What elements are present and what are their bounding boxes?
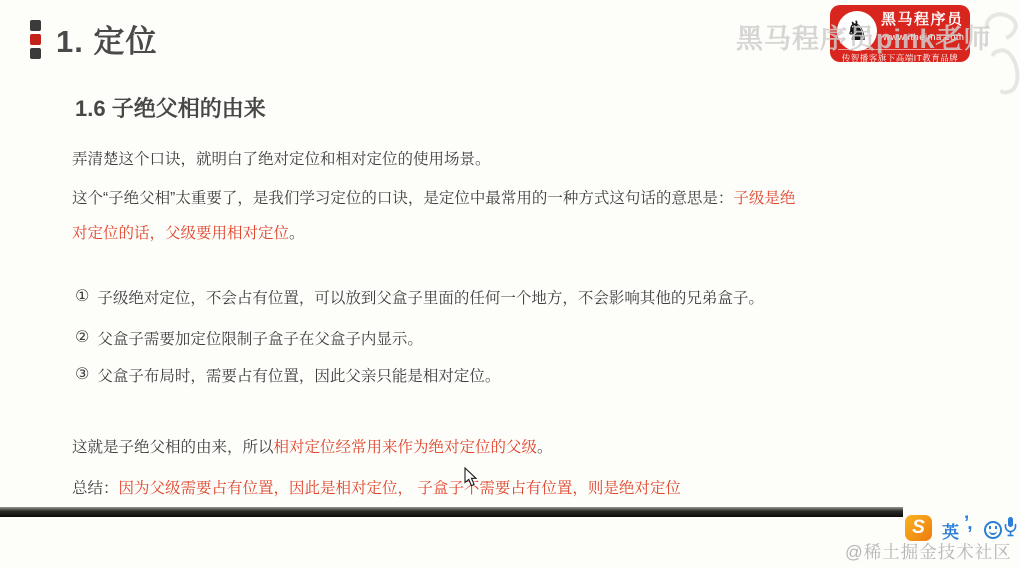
list-marker-2: ② xyxy=(75,327,89,349)
bullet-square-bottom xyxy=(30,48,41,59)
summary-text-red: 因为父级需要占有位置，因此是相对定位， 子盒子不需要占有位置，则是绝对定位 xyxy=(119,480,681,497)
list-text-3: 父盒子布局时，需要占有位置，因此父亲只能是相对定位。 xyxy=(97,364,500,386)
paragraph-origin: 这就是子绝父相的由来，所以相对定位经常用来作为绝对定位的父级。 xyxy=(72,430,553,465)
origin-text-black: 这就是子绝父相的由来，所以 xyxy=(72,439,274,456)
ime-microphone-icon[interactable] xyxy=(1004,516,1017,538)
list-item: ③ 父盒子布局时，需要占有位置，因此父亲只能是相对定位。 xyxy=(75,364,500,386)
bullet-square-middle xyxy=(30,34,41,45)
list-marker-1: ① xyxy=(75,286,89,308)
rule-text-black: 这个“子绝父相”太重要了，是我们学习定位的口诀，是定位中最常用的一种方式这句话的… xyxy=(72,190,733,207)
list-text-2: 父盒子需要加定位限制子盒子在父盒子内显示。 xyxy=(97,327,423,349)
instructor-watermark: 黑马程序员pink老师 xyxy=(736,17,992,56)
page-title: 1. 定位 xyxy=(56,16,157,61)
rule-text-period: 。 xyxy=(289,225,305,242)
ime-language-mode-toggle[interactable]: 英 xyxy=(942,518,959,543)
origin-text-period: 。 xyxy=(537,439,553,456)
list-text-1: 子级绝对定位，不会占有位置，可以放到父盒子里面的任何一个地方，不会影响其他的兄弟… xyxy=(97,286,764,308)
rule-text-red-line2: 对定位的话，父级要用相对定位 xyxy=(72,225,289,242)
sogou-ime-icon[interactable]: S xyxy=(905,515,932,541)
ime-emoji-icon[interactable] xyxy=(984,521,1002,539)
bottom-black-bar xyxy=(0,507,903,517)
origin-text-red: 相对定位经常用来作为绝对定位的父级 xyxy=(274,439,538,456)
slide-screen: 1. 定位 ♞ 黑马程序员 www.itheima.com 传智播客旗下高端IT… xyxy=(0,0,1020,567)
smiley-mouth xyxy=(989,529,997,535)
mouse-cursor-icon xyxy=(464,467,480,487)
paragraph-intro: 弄清楚这个口诀，就明白了绝对定位和相对定位的使用场景。 xyxy=(72,142,491,177)
rule-text-red-line1: 子级是绝 xyxy=(733,190,795,207)
list-item: ① 子级绝对定位，不会占有位置，可以放到父盒子里面的任何一个地方，不会影响其他的… xyxy=(75,286,764,308)
paragraph-rule: 这个“子绝父相”太重要了，是我们学习定位的口诀，是定位中最常用的一种方式这句话的… xyxy=(72,181,795,251)
ime-punctuation-toggle[interactable]: ’, xyxy=(964,513,971,535)
section-subtitle: 1.6 子绝父相的由来 xyxy=(75,92,266,123)
title-bullet-icon xyxy=(30,20,41,59)
list-marker-3: ③ xyxy=(75,364,89,386)
bullet-square-top xyxy=(30,20,41,31)
juejin-community-watermark: @稀土掘金技术社区 xyxy=(845,539,1012,564)
summary-label: 总结： xyxy=(72,480,119,497)
list-item: ② 父盒子需要加定位限制子盒子在父盒子内显示。 xyxy=(75,327,423,349)
paragraph-summary: 总结：因为父级需要占有位置，因此是相对定位， 子盒子不需要占有位置，则是绝对定位 xyxy=(72,471,681,506)
